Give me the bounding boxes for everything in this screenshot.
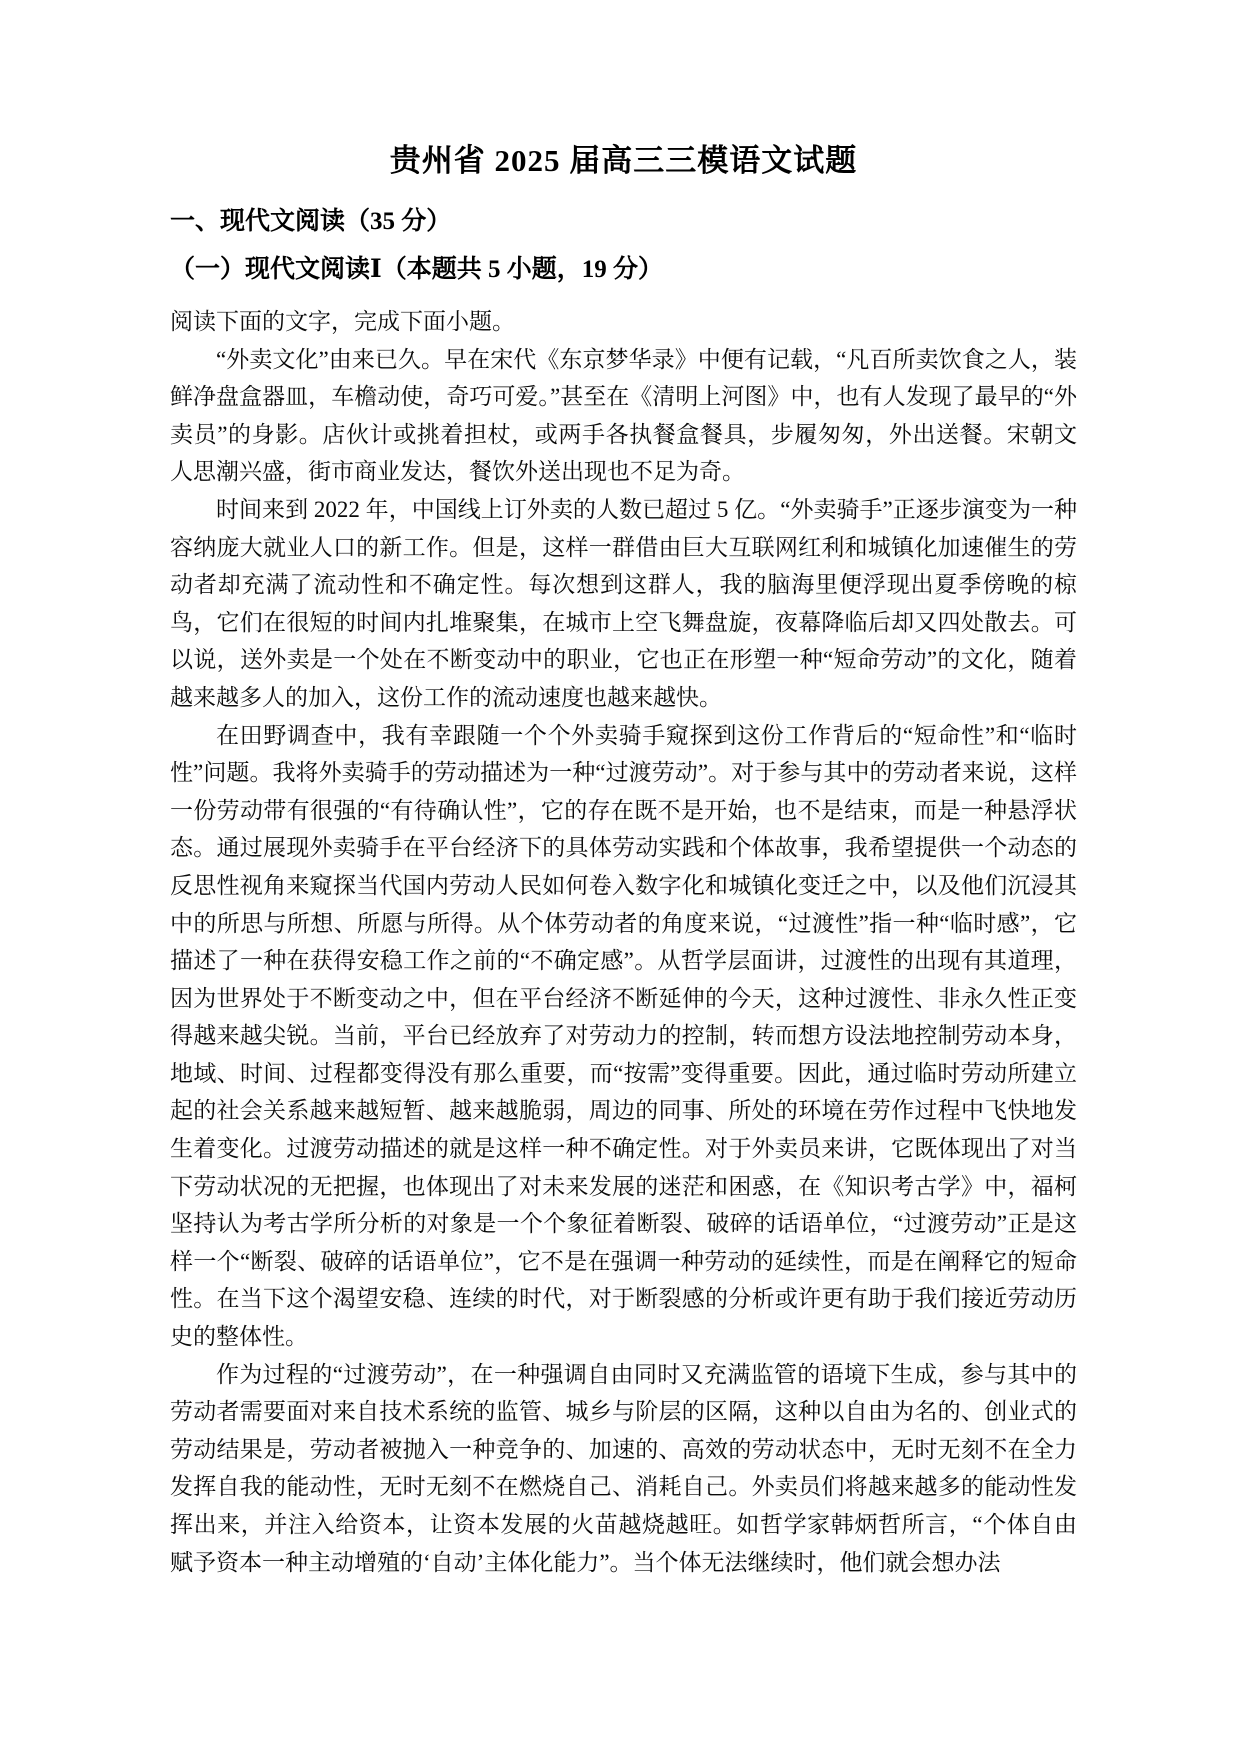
reading-instruction: 阅读下面的文字，完成下面小题。	[170, 303, 1077, 341]
document-title: 贵州省 2025 届高三三模语文试题	[170, 141, 1077, 181]
exam-paper-page: 贵州省 2025 届高三三模语文试题 一、现代文阅读（35 分） （一）现代文阅…	[0, 0, 1240, 1754]
passage-paragraph-2: 时间来到 2022 年，中国线上订外卖的人数已超过 5 亿。“外卖骑手”正逐步演…	[170, 491, 1077, 717]
section-heading-modern-reading: 一、现代文阅读（35 分）	[170, 206, 1077, 238]
passage-paragraph-4: 作为过程的“过渡劳动”，在一种强调自由同时又充满监管的语境下生成，参与其中的劳动…	[170, 1356, 1077, 1582]
passage-paragraph-1: “外卖文化”由来已久。早在宋代《东京梦华录》中便有记载，“凡百所卖饮食之人，装鲜…	[170, 341, 1077, 491]
subsection-heading-reading-1: （一）现代文阅读Ⅰ（本题共 5 小题，19 分）	[170, 253, 1077, 286]
passage-paragraph-3: 在田野调查中，我有幸跟随一个个外卖骑手窥探到这份工作背后的“短命性”和“临时性”…	[170, 717, 1077, 1356]
